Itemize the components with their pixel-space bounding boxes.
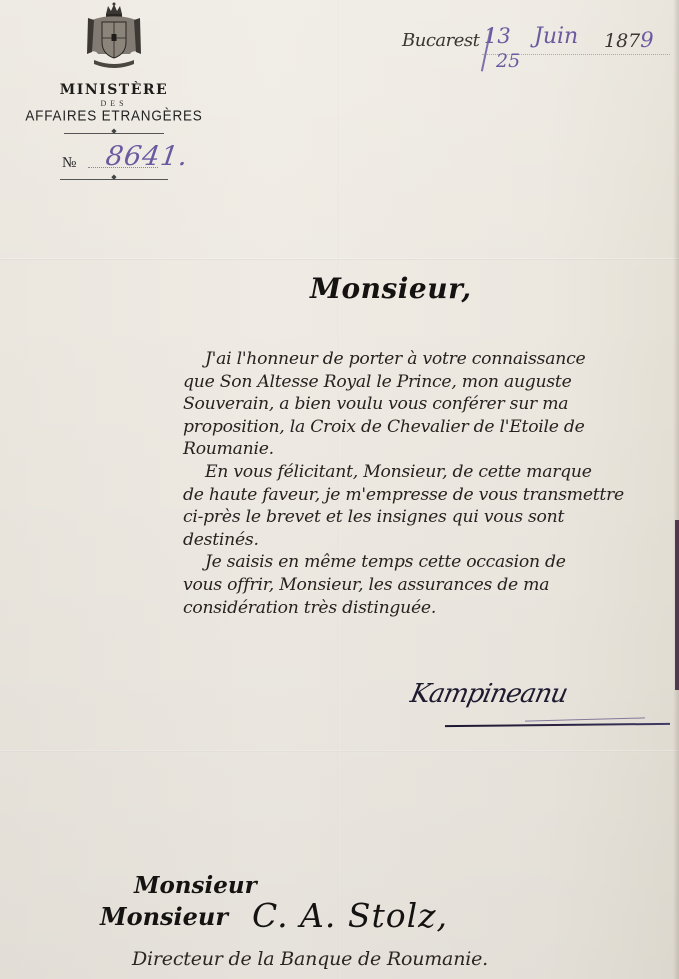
- body-line: proposition, la Croix de Chevalier de l'…: [183, 416, 673, 439]
- paper-edge: [673, 0, 679, 979]
- date-place: Bucarest: [402, 30, 479, 51]
- letter-page: MINISTÈRE DES AFFAIRES ETRANGÈRES № 8641…: [0, 0, 679, 979]
- signature: Kampineanu: [405, 675, 655, 735]
- body-line: destinés.: [183, 529, 673, 552]
- body-line: ci-près le brevet et les insignes qui vo…: [183, 506, 673, 529]
- body-line: de haute faveur, je m'empresse de vous t…: [183, 484, 673, 507]
- date-month: Juin: [534, 24, 578, 49]
- date-year: 1879: [604, 28, 654, 52]
- ministry-department: AFFAIRES ETRANGÈRES: [14, 107, 214, 124]
- body-line: Souverain, a bien voulu vous conférer su…: [183, 393, 673, 416]
- salutation: Monsieur,: [310, 272, 472, 305]
- reference-number: № 8641.: [14, 143, 214, 173]
- binding-edge: [675, 520, 679, 690]
- body-line: J'ai l'honneur de porter à votre connais…: [183, 348, 673, 371]
- recipient-title: Directeur de la Banque de Roumanie.: [132, 948, 488, 970]
- body-line: Je saisis en même temps cette occasion d…: [183, 551, 673, 574]
- address-salutation-2: Monsieur: [100, 902, 228, 931]
- signature-text: Kampineanu: [408, 679, 570, 709]
- ornamental-divider: [64, 129, 164, 137]
- recipient-name: C. A. Stolz,: [252, 896, 448, 935]
- body-line: Roumanie.: [183, 438, 673, 461]
- number-value: 8641.: [104, 141, 191, 172]
- address-salutation-1: Monsieur: [134, 872, 257, 899]
- date-day-new-style: 25: [496, 50, 520, 72]
- signature-underline: [445, 723, 670, 727]
- signature-flourish: [525, 717, 645, 721]
- letter-body: J'ai l'honneur de porter à votre connais…: [183, 348, 673, 619]
- date-year-prefix: 187: [604, 30, 640, 52]
- ornamental-divider: [60, 175, 168, 183]
- body-line: que Son Altesse Royal le Prince, mon aug…: [183, 371, 673, 394]
- body-line: En vous félicitant, Monsieur, de cette m…: [183, 461, 673, 484]
- royal-coat-of-arms-icon: [82, 2, 146, 72]
- date-year-last-digit: 9: [640, 28, 653, 52]
- number-label: №: [62, 155, 76, 172]
- body-line: vous offrir, Monsieur, les assurances de…: [183, 574, 673, 597]
- letterhead: MINISTÈRE DES AFFAIRES ETRANGÈRES № 8641…: [14, 2, 214, 183]
- body-line: considération très distinguée.: [183, 597, 673, 620]
- ministry-title: MINISTÈRE: [14, 82, 214, 98]
- dateline: Bucarest 13 25 Juin 1879: [402, 22, 672, 82]
